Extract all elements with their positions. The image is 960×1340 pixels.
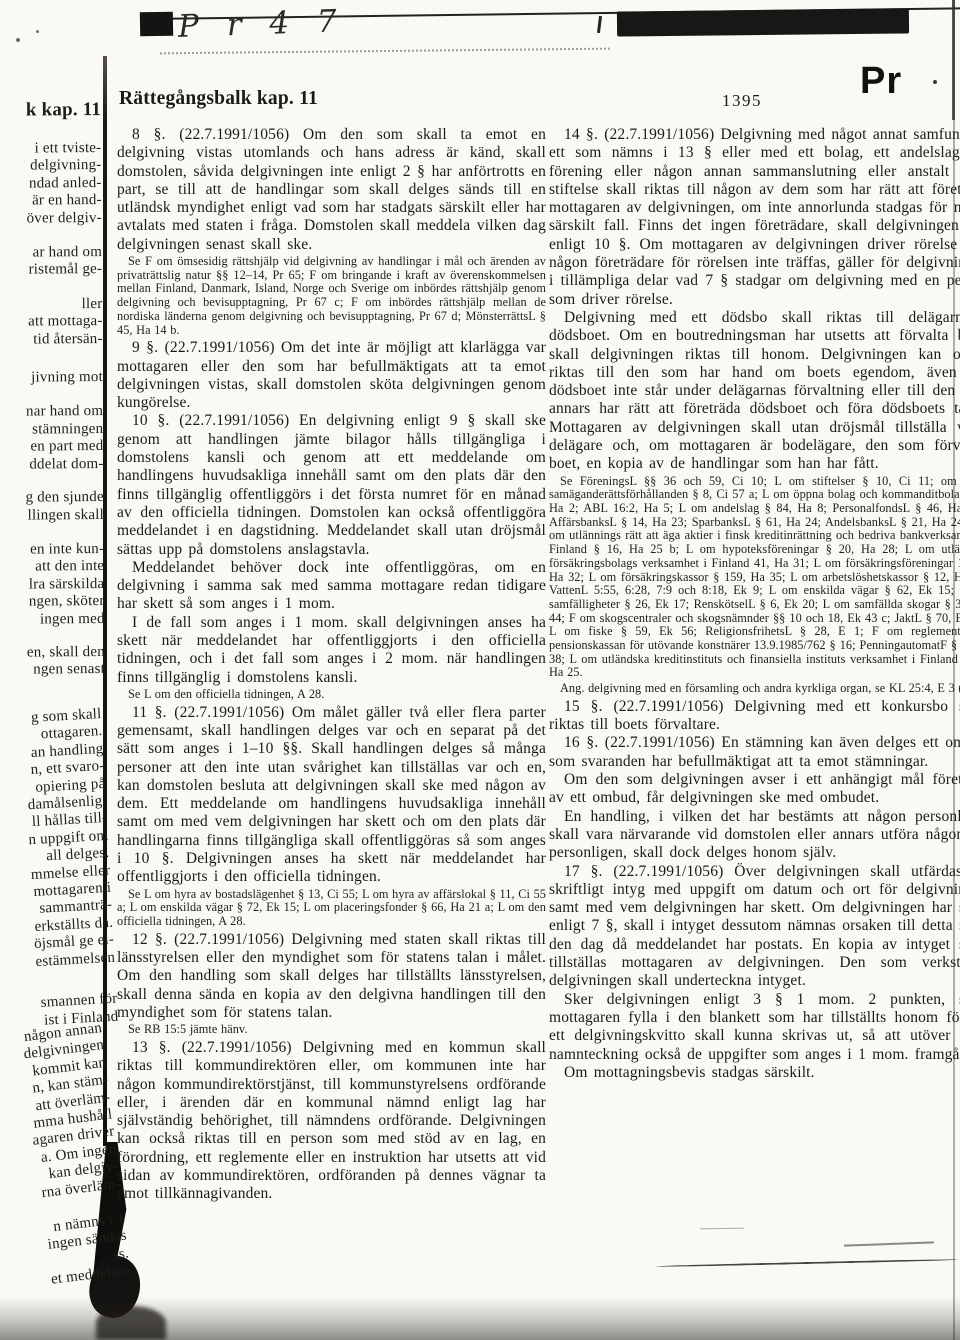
statute-paragraph: 11 §. (22.7.1991/1056) Om målet gäller t… (117, 704, 546, 887)
margin-fragment-line: över delgiv- (1, 210, 102, 228)
redaction-bar (617, 8, 909, 36)
margin-fragment-line: ristemål ge- (1, 261, 102, 279)
statute-paragraph: Om den som delgivningen avser i ett anhä… (549, 771, 960, 808)
margin-fragment-line: stämningen (2, 421, 103, 439)
margin-fragment-line: tid återsän- (2, 331, 103, 349)
margin-fragments-top: k kap. 11i ett tviste-delgivning-ndad an… (0, 98, 105, 679)
margin-fragment-line: jivning mot (2, 369, 103, 387)
statute-paragraph: I de fall som anges i 1 mom. skall delgi… (117, 614, 546, 687)
statute-paragraph: Delgivning med ett dödsbo skall riktas t… (549, 309, 960, 474)
margin-fragment-line: ar hand om (1, 244, 102, 262)
page-title: Rättegångsbalk kap. 11 (119, 88, 318, 110)
reference-note-paragraph: Ang. delgivning med en församling och an… (549, 682, 960, 696)
right-text-column: 14 §. (22.7.1991/1056) Delgivning med nå… (549, 126, 960, 1082)
margin-fragment-line: ngen, sköter (3, 593, 104, 611)
margin-fragment-line: ndad anled- (1, 175, 102, 193)
margin-fragment-line: en, skall den (4, 644, 105, 662)
statute-paragraph: Meddelandet behöver dock inte offentligg… (117, 559, 546, 614)
statute-paragraph: 8 §. (22.7.1991/1056) Om den som skall t… (117, 126, 546, 254)
scan-speck (36, 30, 39, 33)
page-number: 1395 (722, 91, 762, 111)
scanned-law-page: P r 4 7 Rättegångsbalk kap. 11 1395 Pr k… (0, 0, 960, 1340)
ink-tick-mark (597, 16, 602, 33)
statute-paragraph: 10 §. (22.7.1991/1056) En delgivning enl… (117, 412, 546, 558)
margin-fragment-line: g den sjunde (3, 489, 104, 507)
statute-paragraph: 9 §. (22.7.1991/1056) Om det inte är möj… (117, 339, 546, 412)
margin-fragment-line: i ett tviste- (0, 140, 101, 158)
reference-note-paragraph: Se L om hyra av bostadslägenhet § 13, Ci… (117, 888, 546, 929)
reference-note-paragraph: Se F om ömsesidig rättshjälp vid delgivn… (117, 255, 546, 337)
reference-note-paragraph: Se RB 15:5 jämte hänv. (117, 1023, 546, 1037)
margin-fragment-line: k kap. 11 (0, 98, 101, 123)
statute-paragraph: 13 §. (22.7.1991/1056) Delgivning med en… (117, 1039, 546, 1204)
scan-streak (656, 1259, 958, 1268)
left-text-column: 8 §. (22.7.1991/1056) Om den som skall t… (117, 126, 546, 1204)
reference-note-paragraph: Se FöreningsL §§ 36 och 59, Ci 10; L om … (549, 475, 960, 681)
margin-fragment-line: delgivning- (0, 157, 101, 175)
statute-paragraph: 12 §. (22.7.1991/1056) Delgivning med st… (117, 931, 546, 1022)
statute-paragraph: 16 §. (22.7.1991/1056) En stämning kan ä… (549, 734, 960, 771)
margin-fragment-line: en part med (2, 438, 103, 456)
scan-shadow-band (0, 1296, 960, 1340)
handwriting-baseline (160, 48, 610, 55)
margin-fragment-line: llingen skall (3, 506, 104, 524)
margin-fragment-line: ddelat dom- (2, 456, 103, 474)
margin-fragment-line: att mottaga- (2, 313, 103, 331)
statute-paragraph: En handling, i vilken det har bestämts a… (549, 808, 960, 863)
statute-paragraph: Om mottagningsbevis stadgas särskilt. (549, 1064, 960, 1082)
margin-fragments-middle: g som skallottagaren.an handlingn, ett s… (0, 706, 119, 1031)
margin-fragment-line: ngen senast (4, 661, 105, 679)
statute-paragraph: Sker delgivningen enligt 3 § 1 mom. 2 pu… (549, 991, 960, 1064)
margin-fragment-line: ingen med (4, 611, 105, 629)
margin-fragment-line: ller (1, 296, 102, 314)
statute-paragraph: 17 §. (22.7.1991/1056) Över delgivningen… (549, 863, 960, 991)
handwritten-annotation: P r 4 7 (177, 3, 346, 45)
scan-streak (844, 1241, 934, 1246)
page-right-edge-line-dark (952, 0, 955, 120)
margin-fragment-line: är en hand- (1, 192, 102, 210)
margin-fragment-line: lra särskilda (3, 576, 104, 594)
margin-fragment-line: att den inte (3, 558, 104, 576)
reference-note-paragraph: Se L om den officiella tidningen, A 28. (117, 688, 546, 702)
statute-paragraph: 14 §. (22.7.1991/1056) Delgivning med nå… (549, 126, 960, 309)
ink-speck (933, 80, 937, 84)
statute-paragraph: 15 §. (22.7.1991/1056) Delgivning med et… (549, 698, 960, 735)
scan-speck (16, 38, 20, 42)
scan-streak (700, 1228, 744, 1230)
margin-fragment-line: nar hand om (2, 403, 103, 421)
redaction-mark-small (140, 12, 173, 37)
margin-fragments-bottom: någon annandelgivningenkommit kann, kan … (1, 1020, 132, 1292)
section-tab: Pr (860, 60, 902, 103)
margin-fragment-line: en inte kun- (3, 541, 104, 559)
